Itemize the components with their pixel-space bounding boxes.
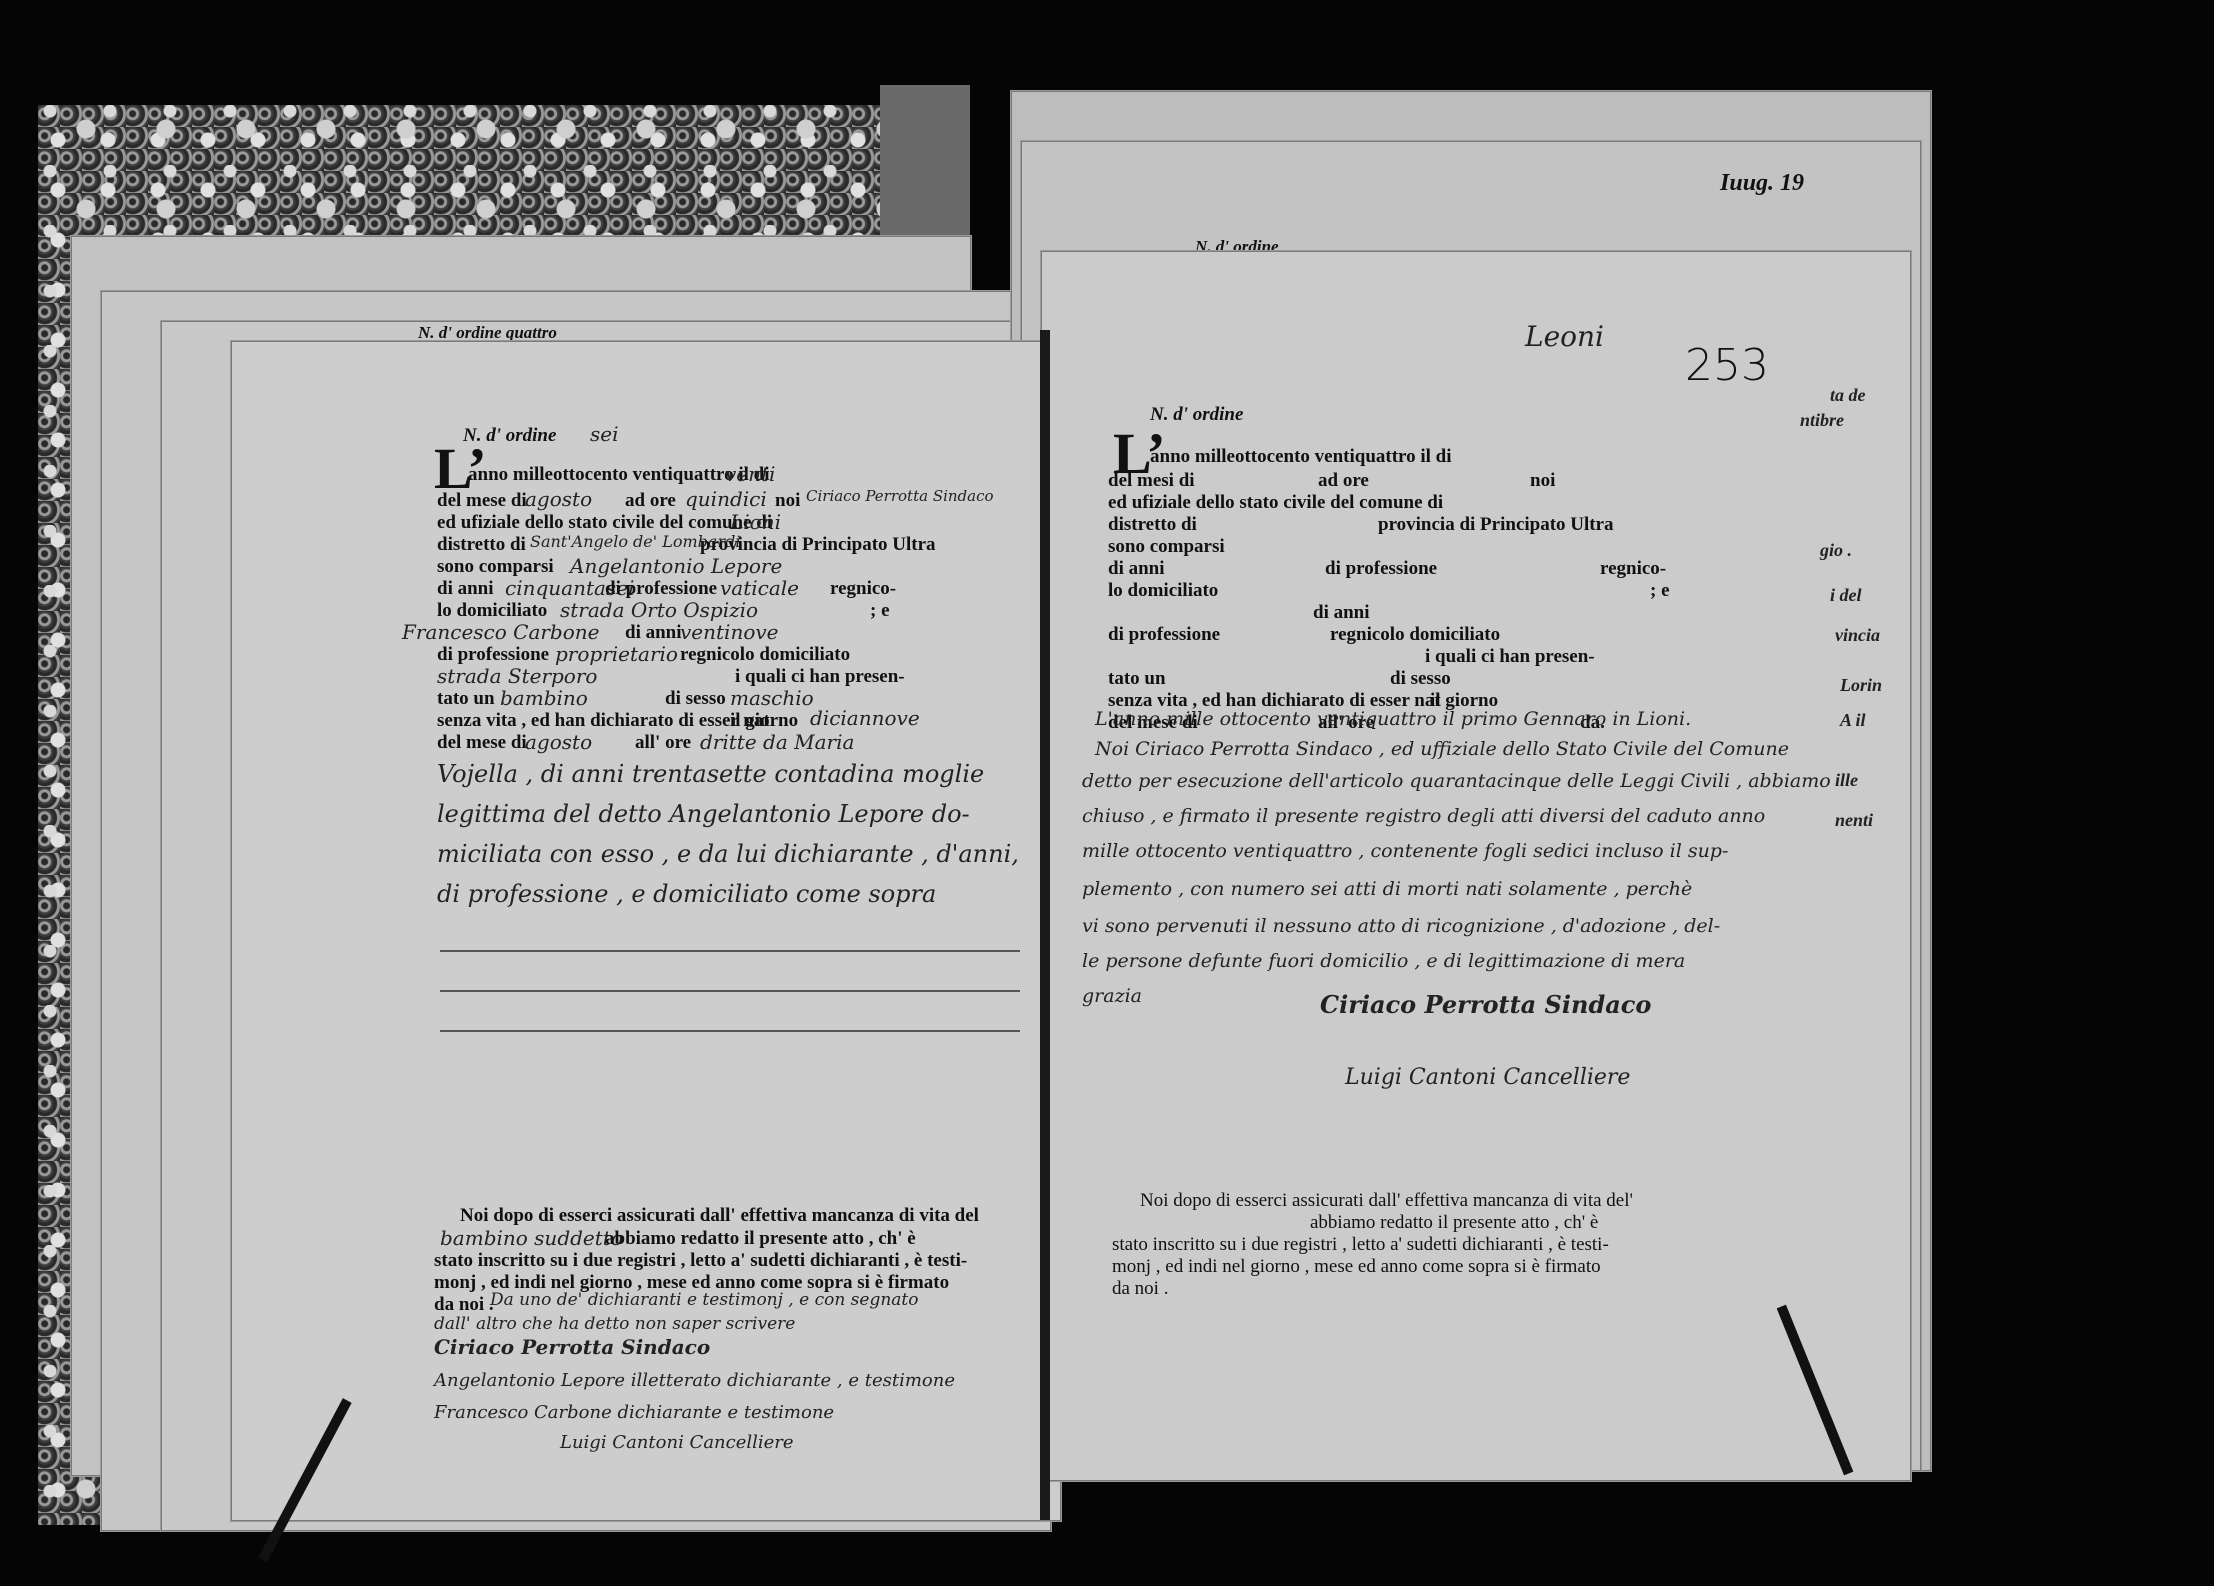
left-narrative-2: legittima del detto Angelantonio Lepore … [437,800,970,828]
right-closing-note-3: detto per esecuzione dell'articolo quara… [1082,770,1831,792]
left-hand-prof-2: proprietario [555,642,678,666]
right-line-2: del mesi di [1108,470,1195,492]
left-closing-subject: bambino suddetto [440,1226,623,1250]
left-hand-hour: quindici [685,487,767,511]
right-line-province: provincia di Principato Ultra [1378,514,1614,536]
right-line-11: tato un [1108,668,1166,690]
right-margin-fragment: vincia [1835,625,1880,646]
right-line-regnicolo: regnicolo domiciliato [1330,624,1500,646]
right-line-9: di professione [1108,624,1220,646]
left-dash-lines [440,920,1020,1040]
left-line-6: di anni [437,578,494,600]
left-hand-month: agosto [525,487,592,511]
right-margin-fragment: gio . [1820,540,1852,561]
left-narrative-1: Vojella , di anni trentasette contadina … [437,760,984,788]
left-line-prof: di professione [605,578,717,600]
left-hand-birth-hour: dritte da Maria [700,730,854,754]
left-closing-3: stato inscritto su i due registri , lett… [434,1250,967,1272]
left-hand-declarant-1: Angelantonio Lepore [570,554,782,578]
right-closing-note-6: plemento , con numero sei atti di morti … [1082,878,1692,900]
left-line-all-ore: all' ore [635,732,691,754]
left-hand-age-2: ventinove [680,620,779,644]
left-closing-2: abbiamo redatto il presente atto , ch' è [605,1228,916,1250]
right-line-7: lo domiciliato [1108,580,1218,602]
right-annotation: Leoni [1525,320,1604,353]
right-margin-fragment: A il [1840,710,1866,731]
left-narrative-3: miciliata con esso , e da lui dichiarant… [437,840,1019,868]
right-closing-3: stato inscritto su i due registri , lett… [1112,1234,1609,1256]
right-line-1: anno milleottocento ventiquattro il di [1150,446,1452,468]
left-line-10: i quali ci han presen- [735,666,905,688]
left-line-3: ed ufiziale dello stato civile del comun… [437,512,772,534]
right-line-5: sono comparsi [1108,536,1225,558]
left-hand-birth-day: diciannove [810,706,920,730]
right-closing-1: Noi dopo di esserci assicurati dall' eff… [1140,1190,1633,1212]
left-line-5: sono comparsi [437,556,554,578]
right-line-6: di anni [1108,558,1165,580]
left-line-8: di anni [625,622,682,644]
right-margin-fragment: nenti [1835,810,1873,831]
right-margin-fragment: i del [1830,585,1862,606]
book-gutter [1040,330,1050,1520]
right-line-e: ; e [1650,580,1670,602]
right-margin-fragment: ille [1835,770,1858,791]
left-hand-sex: maschio [730,686,814,710]
left-hand-comune: Lioni [730,510,781,534]
left-hand-day: venti [725,462,775,486]
left-line-regnico: regnico- [830,578,896,600]
right-closing-5: da noi . [1112,1278,1168,1300]
right-page-number: 253 [1685,340,1769,391]
left-order-number: sei [590,422,619,446]
left-closing-note: Da uno de' dichiaranti e testimonj , e c… [490,1290,919,1310]
right-closing-note-9: grazia [1082,985,1142,1007]
left-signature-2: Francesco Carbone dichiarante e testimon… [434,1402,834,1423]
right-margin-fragment: ta de [1830,385,1866,406]
right-line-8: di anni [1313,602,1370,624]
left-hand-domicile-2: strada Sterporo [437,664,597,688]
left-line-e: ; e [870,600,890,622]
left-hand-prof-1: vaticale [720,576,799,600]
right-line-regnico: regnico- [1600,558,1666,580]
left-signature-sindaco: Ciriaco Perrotta Sindaco [434,1335,710,1359]
left-line-2: del mese di [437,490,527,512]
right-line-ad-ore: ad ore [1318,470,1369,492]
left-line-sesso: di sesso [665,688,726,710]
right-closing-4: monj , ed indi nel giorno , mese ed anno… [1112,1256,1601,1278]
right-tab-annotation: Iuug. 19 [1720,172,1804,194]
left-line-12: senza vita , ed han dichiarato di esser … [437,710,770,732]
right-closing-note-2: Noi Ciriaco Perrotta Sindaco , ed uffizi… [1095,738,1789,760]
left-closing-note-2: dall' altro che ha detto non saper scriv… [434,1314,795,1334]
right-margin-fragment: Lorin [1840,675,1882,696]
left-signature-1: Angelantonio Lepore illetterato dichiara… [434,1370,955,1391]
right-page [1040,250,1912,1482]
right-margin-fragment: ntibre [1800,410,1844,431]
left-hand-child: bambino [500,686,588,710]
left-line-11: tato un [437,688,495,710]
left-closing-1: Noi dopo di esserci assicurati dall' eff… [460,1205,979,1227]
right-closing-note-4: chiuso , e firmato il presente registro … [1082,805,1765,827]
left-hand-declarant-2: Francesco Carbone [402,620,600,644]
left-line-regnicolo: regnicolo domiciliato [680,644,850,666]
right-closing-note-8: le persone defunte fuori domicilio , e d… [1082,950,1685,972]
left-line-9: di professione [437,644,549,666]
right-line-10: i quali ci han presen- [1425,646,1595,668]
left-line-ad-ore: ad ore [625,490,676,512]
left-hand-birth-month: agosto [525,730,592,754]
right-line-sesso: di sesso [1390,668,1451,690]
left-line-province: provincia di Principato Ultra [700,534,936,556]
left-hand-official: Ciriaco Perrotta Sindaco [806,487,994,505]
left-hand-domicile-1: strada Orto Ospizio [560,598,758,622]
left-line-7: lo domiciliato [437,600,547,622]
left-line-noi: noi [775,490,800,512]
left-line-4: distretto di [437,534,526,556]
right-closing-note-5: mille ottocento ventiquattro , contenent… [1082,840,1728,862]
right-line-noi: noi [1530,470,1555,492]
right-line-prof: di professione [1325,558,1437,580]
right-line-4: distretto di [1108,514,1197,536]
right-signature-sindaco: Ciriaco Perrotta Sindaco [1320,990,1651,1019]
left-line-13: del mese di [437,732,527,754]
right-line-3: ed ufiziale dello stato civile del comun… [1108,492,1443,514]
right-signature-cancelliere: Luigi Cantoni Cancelliere [1345,1065,1630,1090]
left-signature-3: Luigi Cantoni Cancelliere [560,1432,794,1453]
right-closing-note-7: vi sono pervenuti il nessuno atto di ric… [1082,915,1720,937]
right-closing-note-1: L'anno mille ottocento ventiquattro il p… [1095,708,1691,730]
left-closing-5: da noi . [434,1294,494,1316]
left-line-giorno: il giorno [730,710,798,732]
left-narrative-4: di professione , e domiciliato come sopr… [437,880,936,908]
right-closing-2: abbiamo redatto il presente atto , ch' è [1310,1212,1598,1234]
